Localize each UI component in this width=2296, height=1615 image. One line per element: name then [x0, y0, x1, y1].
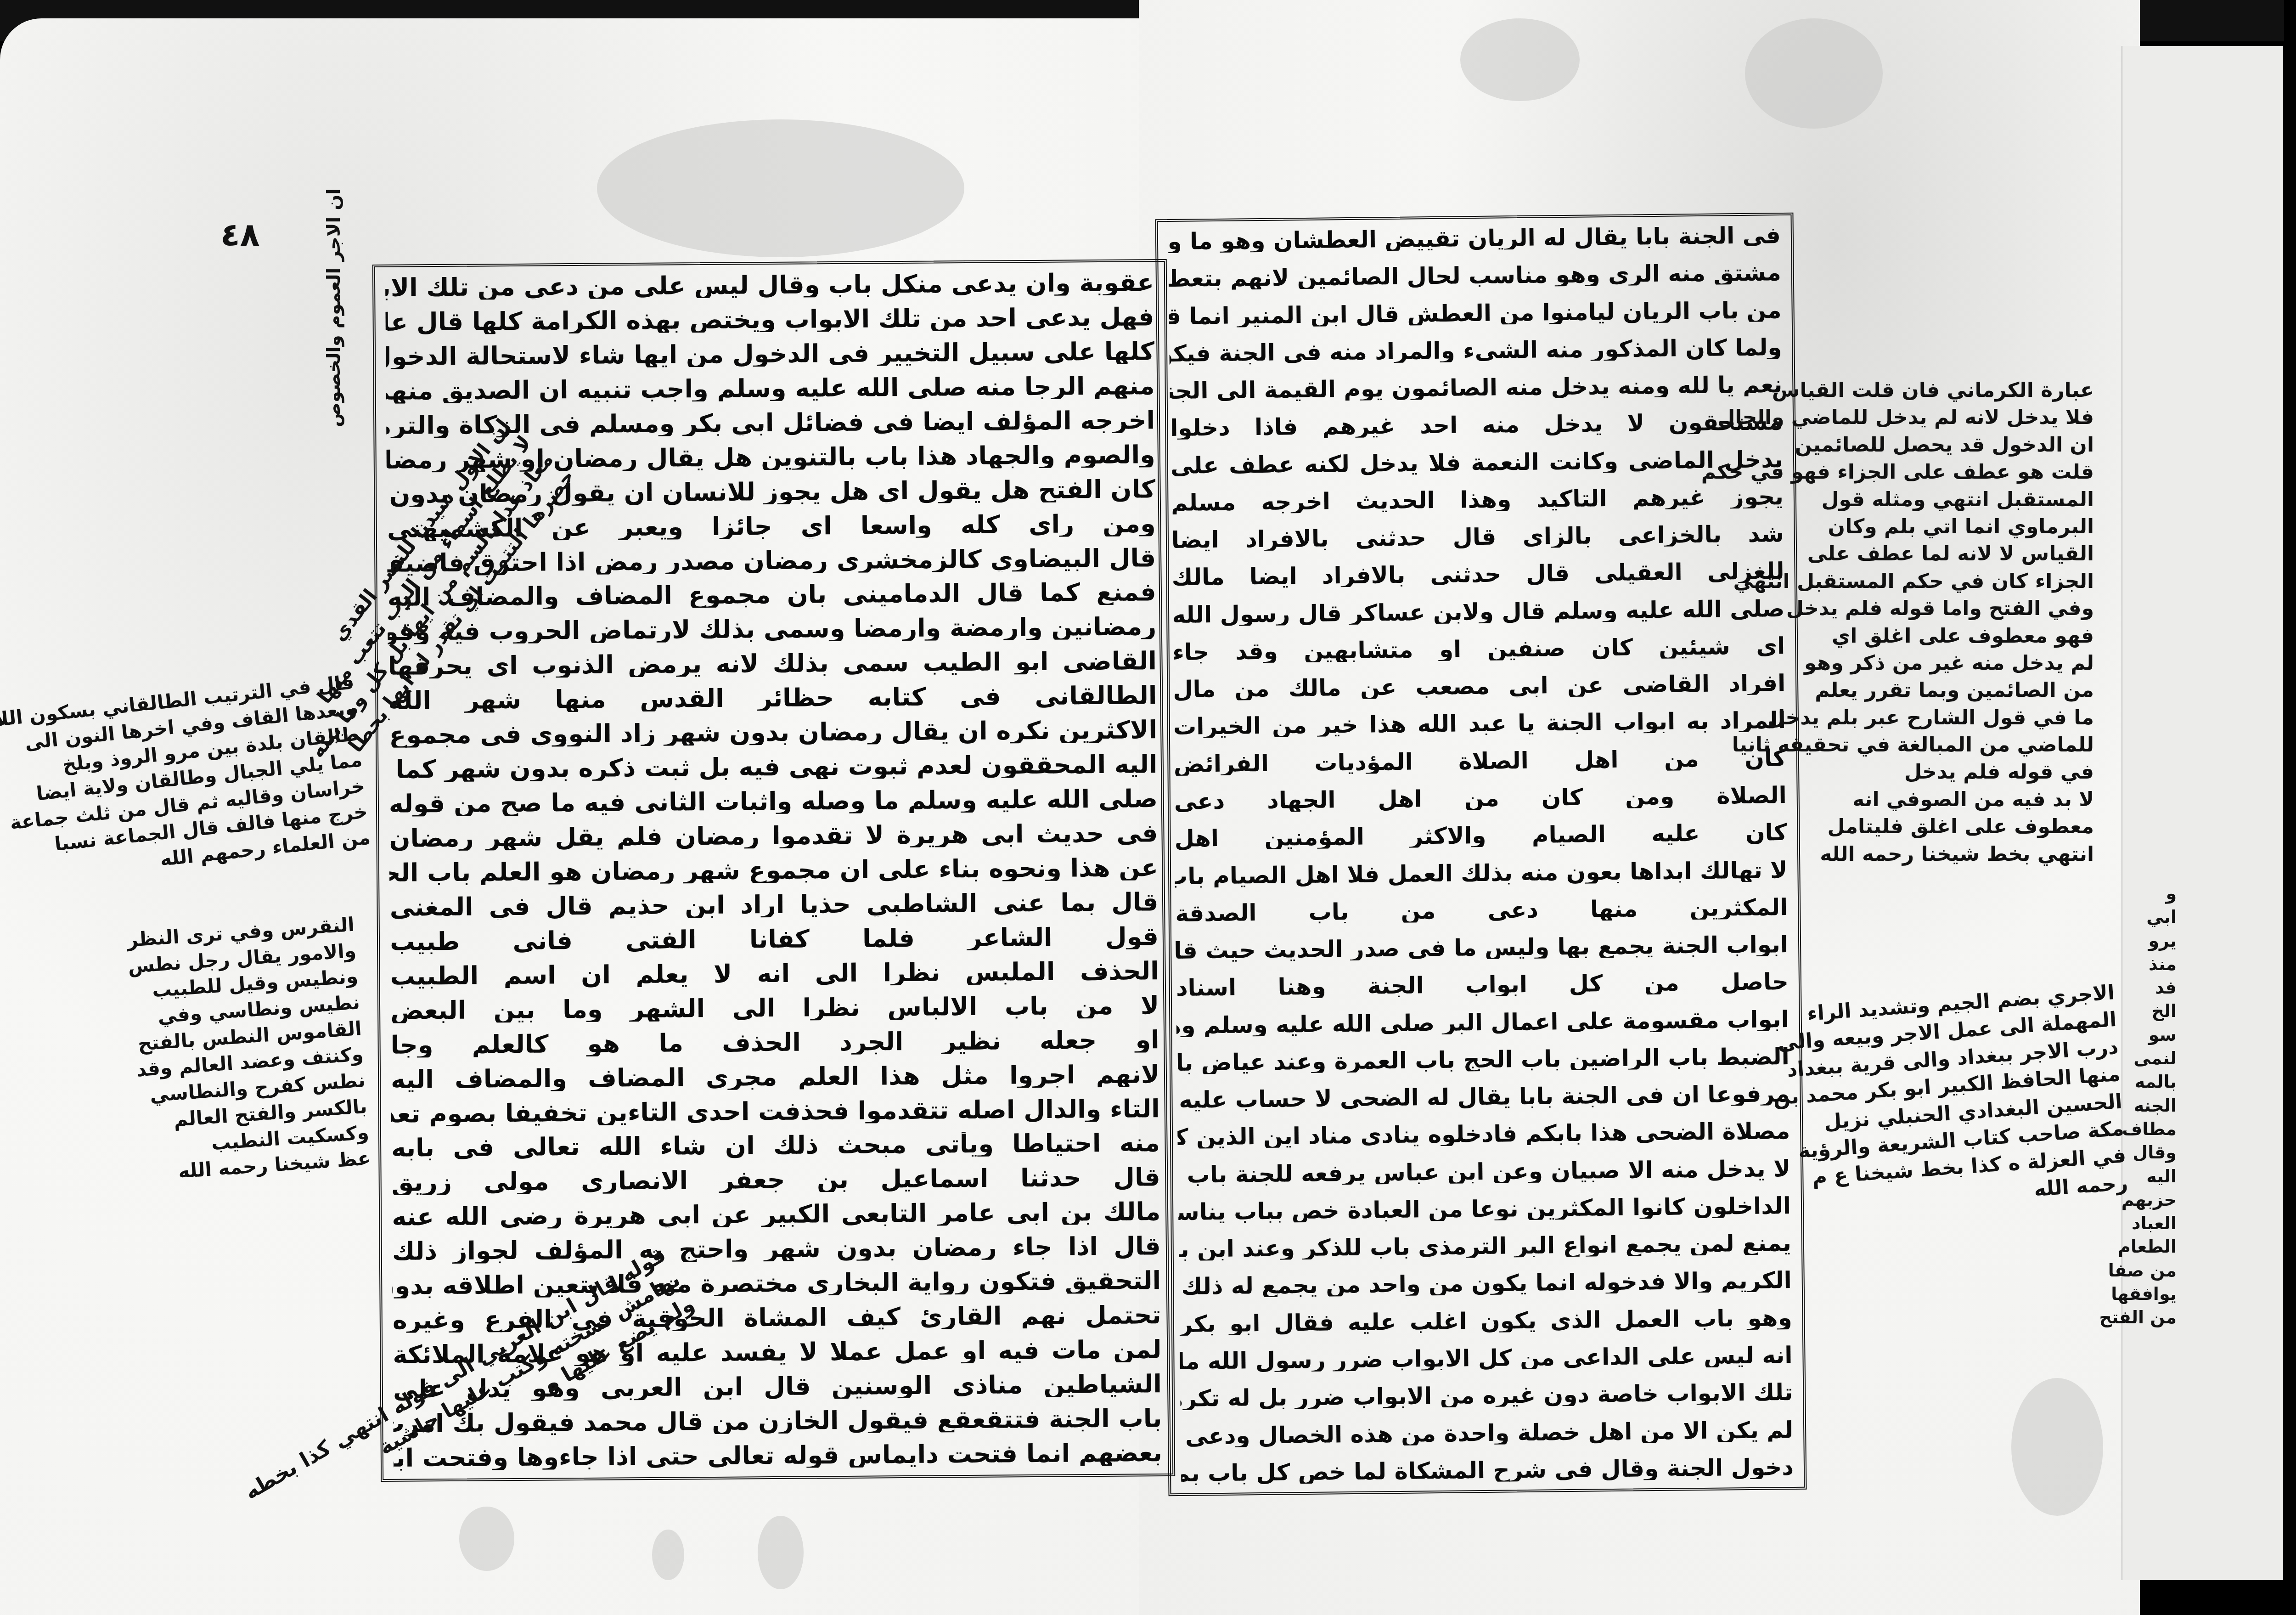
gloss-line: منذ [2122, 953, 2177, 976]
text-line: مستحقون لا يدخل منه احد غيرهم فاذا دخلوا [1170, 410, 1783, 440]
gloss-line: لم يدخل منه غير من ذكر وهو [1837, 649, 2094, 677]
text-line: الداخلون كانوا المكثرين نوعا من العبادة … [1178, 1194, 1791, 1224]
gloss-line: وفي الفتح واما قوله فلم يدخل [1837, 595, 2094, 622]
text-line: صلى الله عليه وسلم ما وصله واثبات الثاني… [389, 786, 1158, 817]
manuscript-spread: ٤٨ عقوبة وان يدعى منكل باب وقال ليس على … [0, 0, 2296, 1615]
gloss-line: قلت هو عطف على الجزاء فهو في حكم [1837, 458, 2094, 486]
gloss-line: في قوله فلم يدخل [1837, 758, 2094, 785]
gloss-line: فهو معطوف على اغلق اي [1837, 622, 2094, 649]
gloss-line: بالمه [2122, 1070, 2177, 1094]
gloss-line: وقال [2122, 1141, 2177, 1164]
next-page-fragments: وابييرومنذفدالخسولنمىبالمهالجنهمطافوقالا… [2122, 882, 2177, 1330]
left-margin-gloss-nitas: النقرس وفي ترى النظروالامور يقال رجل نطس… [143, 912, 371, 1186]
text-line: التاء والدال اصله تتقدموا فحذفت احدى الت… [391, 1096, 1159, 1127]
water-stain [1460, 18, 1580, 101]
text-line: منه احتياطا ويأتي مبحث ذلك ان شاء الله ت… [391, 1131, 1160, 1161]
gloss-line: فد [2122, 976, 2177, 999]
gloss-line: ابي [2122, 905, 2177, 929]
water-stain [652, 1530, 684, 1580]
gloss-line: حزبهم [2122, 1188, 2177, 1212]
text-line: مصلاة الضحى هذا بابكم فادخلوه ينادي مناد… [1177, 1119, 1790, 1149]
text-line: ابواب مقسومة على اعمال البر صلى الله علي… [1176, 1008, 1789, 1037]
gloss-line: اليه [2122, 1165, 2177, 1188]
gloss-line: الطعام [2122, 1235, 2177, 1259]
text-line: لانهم اجروا مثل هذا العلم مجرى المضاف وا… [391, 1062, 1159, 1092]
gloss-line: يوافقها [2122, 1282, 2177, 1306]
text-line: افراد القاضي عن ابي مصعب عن مالك من مال [1173, 672, 1785, 701]
gloss-line: فلا يدخل لانه لم يدخل للماضي والحال [1837, 404, 2094, 431]
text-line: يدخل الماضي وكانت النعمة فلا يدخل لكنه ع… [1171, 448, 1783, 477]
text-line: ابواب الجنة يجمع بها وليس ما في صدر الحد… [1176, 933, 1788, 962]
text-line: صلى الله عليه وسلم قال ولابن عساكر قال ر… [1172, 597, 1784, 627]
text-line: لا يدخل منه الا صبيان وعن ابن عباس يرفعه… [1178, 1157, 1790, 1186]
text-line: عقوبة وان يدعى منكل باب وقال ليس على من … [385, 270, 1154, 300]
right-main-text-block: في الجنة بابا يقال له الريان تقييض العطش… [1155, 213, 1806, 1496]
water-stain [459, 1507, 514, 1571]
text-line: الضبط باب الراضين باب الحج باب العمرة وع… [1176, 1045, 1789, 1074]
text-line: ولما كان المذكور منه الشيء والمراد منه ف… [1169, 336, 1782, 365]
text-line: لم يكن الا من اهل خصلة واحدة من هذه الخص… [1181, 1418, 1793, 1447]
water-stain [2011, 1378, 2103, 1516]
text-line: قول الشاعر فلما كفانا الفتى فانى طبيب [390, 924, 1159, 954]
text-line: حاصل من كل ابواب الجنة وهنا اسناد [1176, 970, 1789, 999]
gloss-line: و [2122, 882, 2177, 905]
text-line: تلك الابواب خاصة دون غيره من الابواب ضرر… [1180, 1381, 1793, 1410]
left-margin-gloss-vertical: ان الاجر العموم والخصوص [321, 188, 346, 427]
text-line: في حديث ابي هريرة لا تقدموا رمضان فلم يق… [389, 821, 1158, 851]
text-line: في الجنة بابا يقال له الريان تقييض العطش… [1168, 224, 1781, 253]
text-line: لا من باب الالباس نظرا الى الشهر وما بين… [390, 993, 1159, 1023]
text-line: نعم يا لله ومنه يدخل منه الصائمون يوم ال… [1170, 373, 1782, 402]
text-line: المراد به ابواب الجنة يا عبد الله هذا خي… [1173, 709, 1786, 738]
text-line: الطالقاني في كتابه حظائر القدس منها شهر … [388, 683, 1157, 713]
text-line: فهل يدعى احد من تلك الابواب ويختص بهذه ا… [385, 305, 1154, 335]
gloss-line: ما في قول الشارح عبر بلم يدخل [1837, 704, 2094, 731]
gloss-line: للماضي من المبالغة في تحقيقه ثانيا [1837, 731, 2094, 758]
gloss-line: القياس لا لانه لما عطف على [1837, 540, 2094, 567]
gloss-line: البرماوي انما اتي بلم وكان [1837, 513, 2094, 540]
gloss-line: يرو [2122, 929, 2177, 953]
gloss-line: العباد [2122, 1212, 2177, 1235]
water-stain [758, 1516, 804, 1589]
gloss-line: المستقبل انتهي ومثله قول [1837, 486, 2094, 513]
text-line: دخول الجنة وقال في شرح المشكاة لما خص كل… [1181, 1456, 1794, 1485]
scan-background-right [2284, 0, 2296, 1615]
gloss-line: الجزاء كان في حكم المستقبل انتهي [1837, 568, 2094, 595]
text-line: مشتق منه الري وهو مناسب لحال الصائمين لا… [1169, 261, 1781, 290]
gloss-line: من صفا [2122, 1259, 2177, 1282]
gloss-line: سو [2122, 1023, 2177, 1047]
text-line: للغزلي العقيلي قال حدثني بالافراد ايضا م… [1171, 559, 1784, 589]
right-margin-gloss-kirmani: عبارة الكرماني فان قلت القياسفلا يدخل لا… [1837, 377, 2094, 868]
gloss-line: ان الاجر العموم والخصوص [321, 188, 346, 427]
text-line: انه ليس على الداعي من كل الابواب ضرر رسو… [1180, 1344, 1792, 1373]
text-line: وهو باب العمل الذي يكون اغلب عليه فقال ا… [1179, 1306, 1792, 1336]
text-line: التحقيق فتكون رواية البخاري مختصرة منه ف… [392, 1268, 1161, 1299]
page-number: ٤٨ [220, 216, 259, 254]
text-line: رمضانين وارمضة وارمضا وسمي بذلك لارتماض … [388, 615, 1156, 645]
water-stain [1745, 18, 1883, 129]
text-line: شد بالخزاعي بالزاي قال حدثني بالافراد اي… [1171, 522, 1784, 552]
water-stain [597, 119, 964, 257]
text-line: مالك بن ابي عامر التابعي الكبير عن ابي ه… [392, 1199, 1160, 1230]
text-line: قال بما عني الشاطبي حذيا اراد ابن حذيم ق… [389, 890, 1158, 920]
text-line: قال اذا جاء رمضان بدون شهر واحتج به المؤ… [392, 1234, 1161, 1264]
text-line: مرفوعا ان في الجنة بابا يقال له الضحى لا… [1177, 1082, 1790, 1112]
gloss-line: معطوف على اغلق فليتامل [1837, 813, 2094, 840]
gloss-line: عبارة الكرماني فان قلت القياس [1837, 377, 2094, 404]
text-line: اي شيئين كان صنفين او متشابهين وقد جاء [1172, 634, 1785, 664]
text-line: عن هذا ونحوه بناء على ان مجموع شهر رمضان… [389, 855, 1158, 886]
left-margin-gloss-taliqani: قال في الترتيب الطالقاني بسكون اللاموبعد… [143, 669, 372, 873]
gloss-line: مطاف [2122, 1118, 2177, 1141]
gloss-line: لنمى [2122, 1047, 2177, 1070]
gloss-line: من الصائمين وبما تقرر يعلم [1837, 677, 2094, 704]
text-line: كان من اهل الصلاة المؤديات الفرائض [1174, 746, 1786, 776]
text-line: منهم الرجا منه صلى الله عليه وسلم واجب ت… [386, 373, 1155, 404]
gloss-line: ان الدخول قد يحصل للصائمين [1837, 431, 2094, 458]
text-line: الحذف الملبس نظرا الى انه لا يعلم ان اسم… [390, 959, 1159, 989]
next-page-strip [2122, 46, 2283, 1580]
text-line: فمنع كما قال الدماميني بان مجموع المضاف … [388, 580, 1156, 610]
text-line: لا تهالك ابداها بعون منه بذلك العمل فلا … [1175, 858, 1787, 888]
text-line: يمنع لمن يجمع انواع البر الترمذي باب للذ… [1179, 1231, 1791, 1261]
text-line: بعضهم انما فتحت دايماس قوله تعالى حتى اذ… [394, 1440, 1162, 1471]
text-line: القاضي ابو الطيب سمي بذلك لانه يرمض الذن… [388, 649, 1157, 679]
gloss-line: الجنه [2122, 1094, 2177, 1118]
text-line: اليه المحققون لعدم ثبوت نهي فيه بل ثبت ذ… [388, 752, 1157, 782]
gloss-line: من الفتح [2122, 1306, 2177, 1329]
text-line: الاكثرين نكره ان يقال رمضان بدون شهر زاد… [388, 717, 1157, 748]
text-line: كان عليه الصيام والاكثر المؤمنين اهل [1174, 821, 1787, 850]
text-line: يجوز غيرهم التاكيد وهذا الحديث اخرجه مسل… [1171, 485, 1784, 514]
text-line: الكريم والا فدخوله انما يكون من واحد من … [1179, 1269, 1792, 1298]
text-line: الصلاة ومن كان من اهل الجهاد دعي [1174, 784, 1786, 813]
text-line: كلها على سبيل التخيير في الدخول من ايها … [386, 339, 1154, 369]
text-line: المكثرين منها دعي من باب الصدقة [1175, 896, 1788, 925]
text-line: من باب الريان ليامنوا من العطش قال ابن ا… [1169, 299, 1781, 328]
gloss-line: انتهي بخط شيخنا رحمه الله [1837, 841, 2094, 868]
gloss-line: لا بد فيه من الصوفي انه [1837, 786, 2094, 813]
right-margin-gloss-ajurri: الاجري بضم الجيم وتشديد الراءالمهملة الى… [1857, 979, 2129, 1214]
text-line: قال حدثنا اسماعيل بن جعفر الانصاري مولى … [392, 1165, 1160, 1196]
text-line: او جعله نظير الجرد الحذف ما هو كالعلم وج… [390, 1028, 1159, 1058]
gloss-line: الخ [2122, 999, 2177, 1023]
